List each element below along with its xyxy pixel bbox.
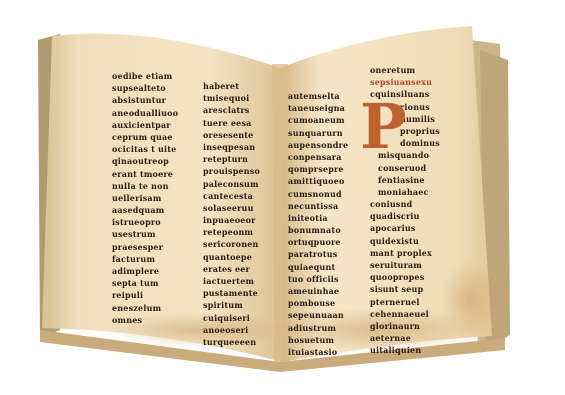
decorated-initial-p: P [360,96,407,158]
left-page-column-2: haberet tmisequoi aresclatrs tuere eesa … [203,80,260,348]
book-illustration [0,0,565,395]
manuscript-photo: oedibe etiam supsealteto absistuntur ane… [0,0,565,395]
rubric-line: sepsiuansexu [370,76,440,88]
left-page-column-1: oedibe etiam supsealteto absistuntur ane… [112,70,178,326]
right-page-column-1: autemselta taueuseigna cumoaneum sunquar… [288,90,348,358]
